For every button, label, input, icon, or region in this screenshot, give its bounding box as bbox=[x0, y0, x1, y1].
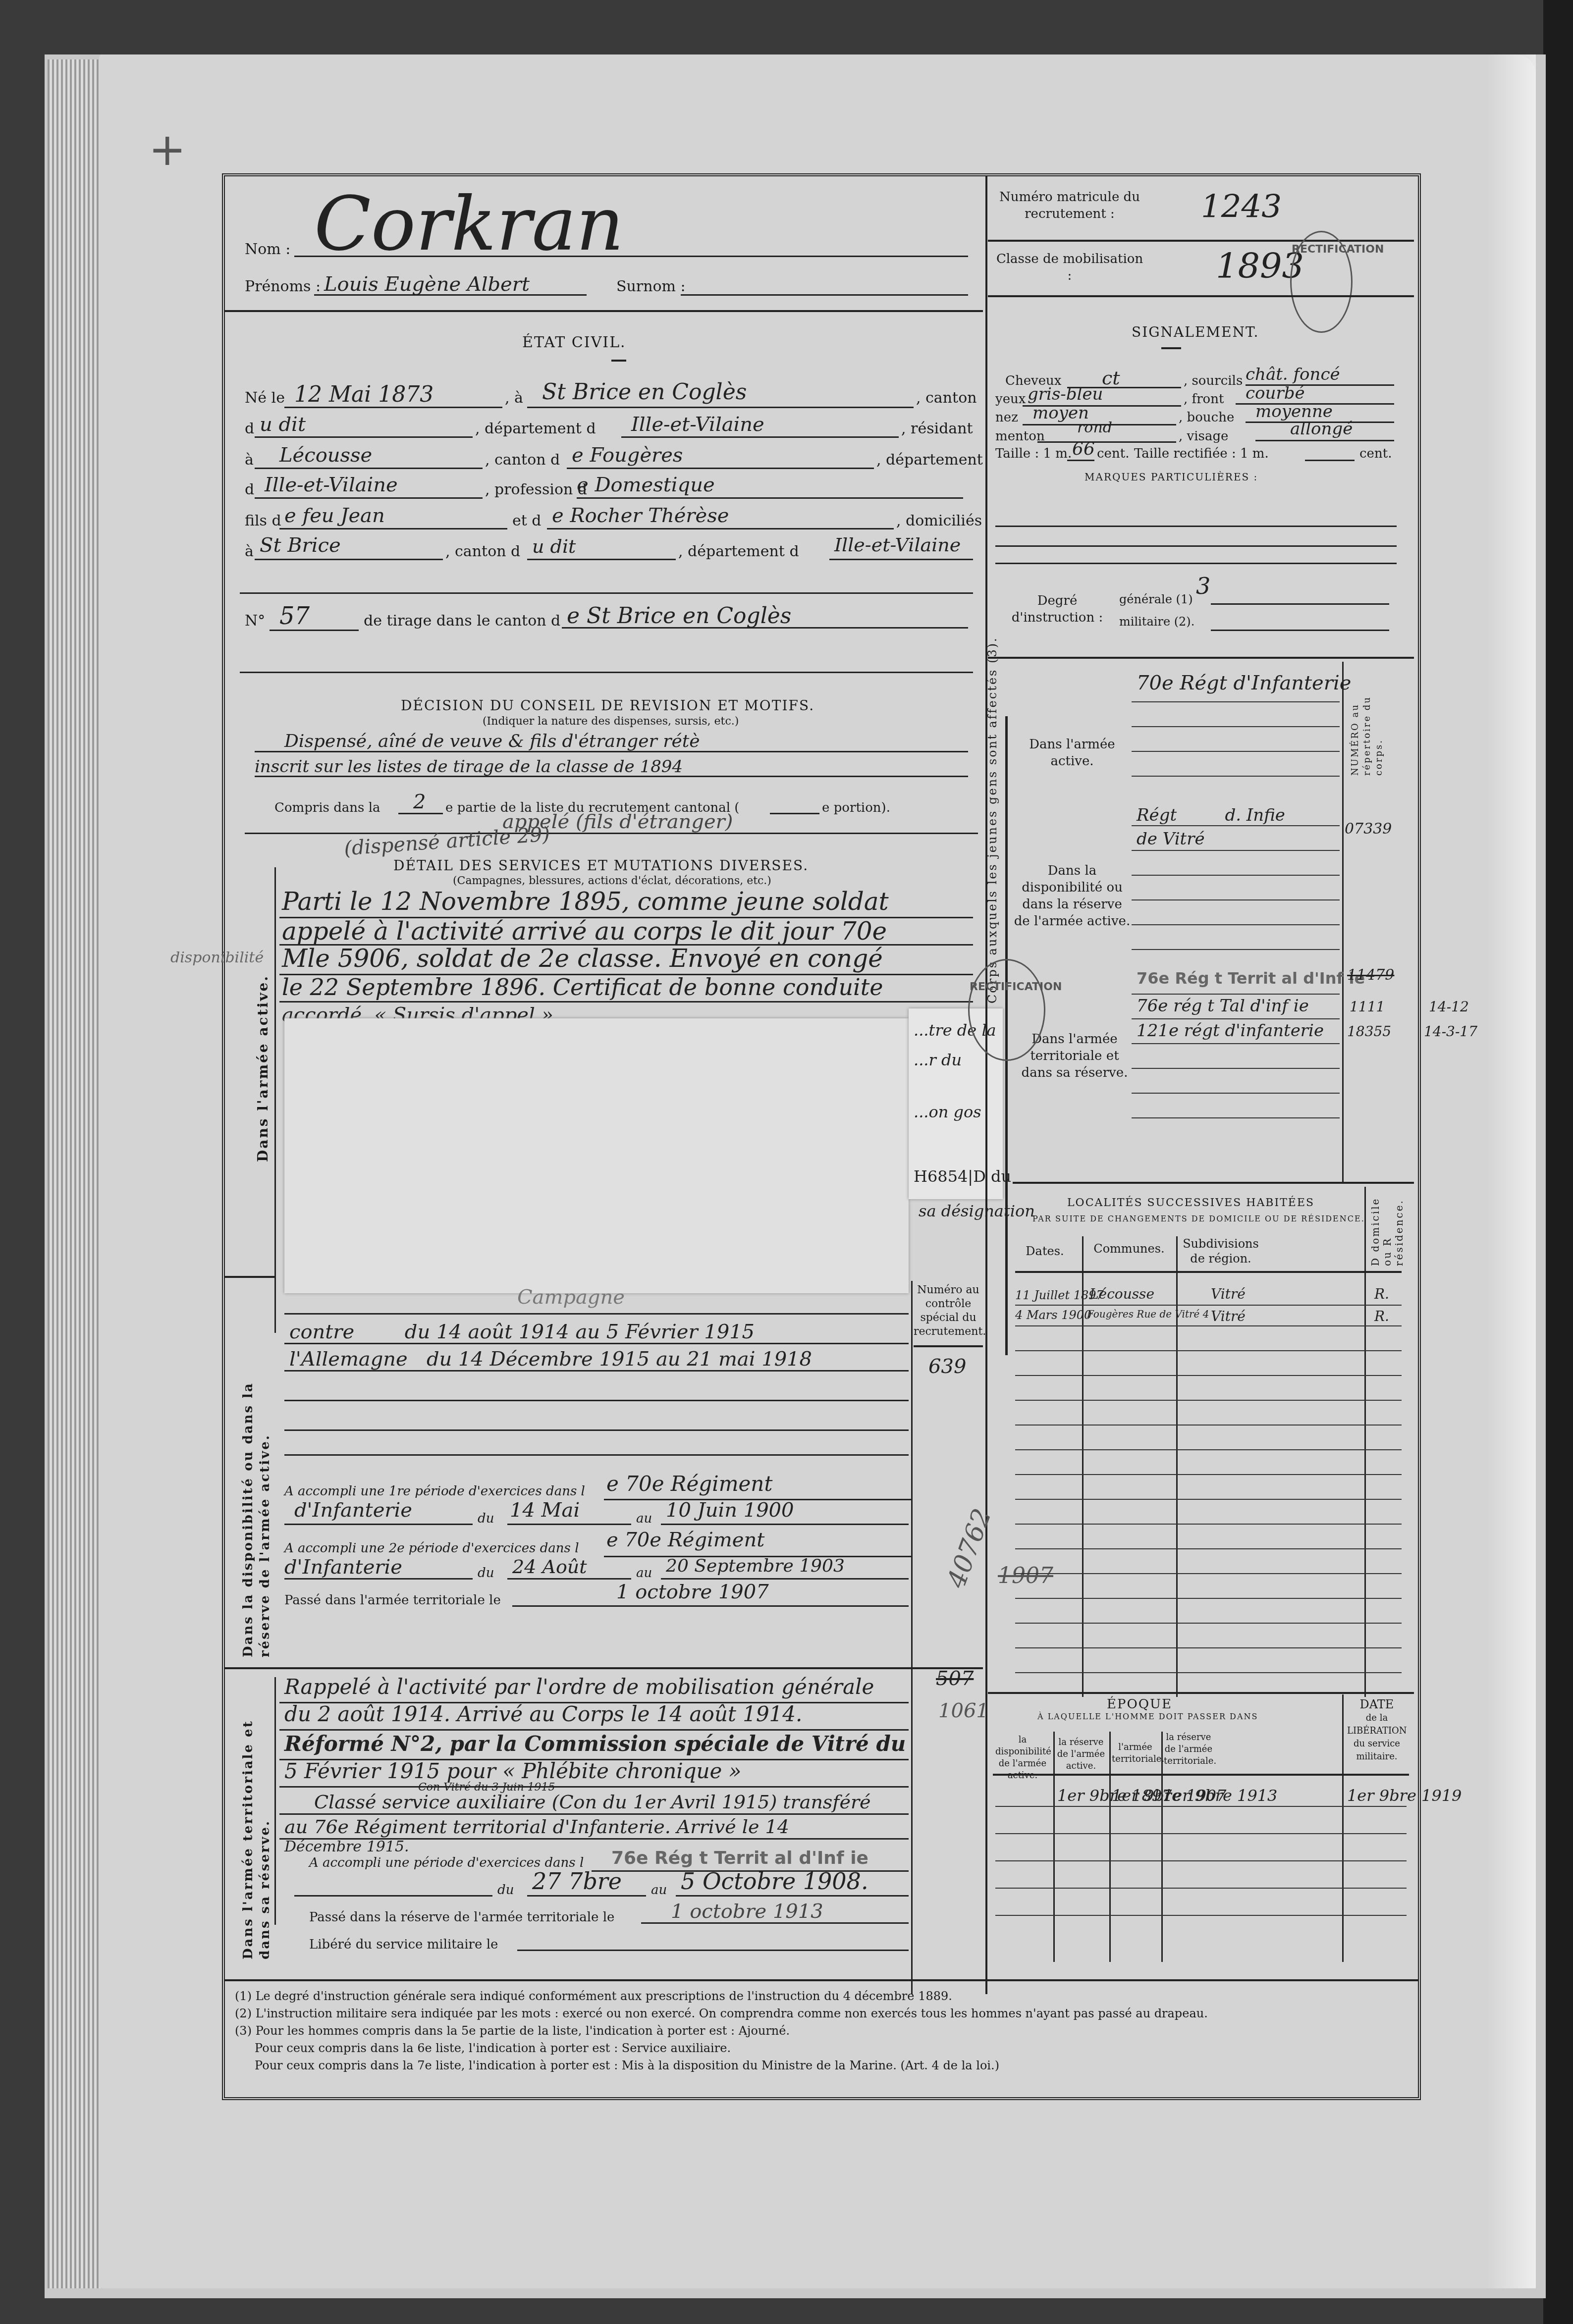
periode2-du: 24 Août bbox=[512, 1556, 587, 1578]
cent2-label: cent. bbox=[1359, 446, 1392, 461]
terr-line-1: Rappelé à l'activité par l'ordre de mobi… bbox=[284, 1675, 874, 1699]
instruction-generale-label: générale (1) bbox=[1119, 592, 1193, 606]
domicilies-label: , domiciliés bbox=[896, 512, 982, 529]
controle-crossed: 1907 bbox=[998, 1563, 1053, 1588]
classe-label: Classe de mobilisation : bbox=[995, 251, 1144, 284]
date-liberation-sub: de la LIBÉRATION du service militaire. bbox=[1347, 1712, 1407, 1763]
sourcils-label: , sourcils bbox=[1184, 373, 1243, 388]
canton3-label: , canton d bbox=[445, 543, 520, 560]
au-label-3: au bbox=[651, 1883, 667, 1898]
bouche-value: moyenne bbox=[1255, 402, 1333, 422]
periode1-au: 10 Juin 1900 bbox=[666, 1499, 794, 1522]
controle-value-4: 1061 bbox=[938, 1699, 989, 1722]
terr-line-3: Réformé N°2, par la Commission spéciale … bbox=[284, 1732, 906, 1756]
localite-row2-type: R. bbox=[1374, 1308, 1389, 1324]
yeux-label: yeux bbox=[995, 392, 1026, 407]
affectation-terr-line-3-numero: 18355 bbox=[1347, 1023, 1391, 1040]
service-line-4: le 22 Septembre 1896. Certificat de bonn… bbox=[282, 974, 883, 1001]
footnote-5: Pour ceux compris dans la 7e liste, l'in… bbox=[255, 2059, 999, 2072]
periode2-label: A accompli une 2e période d'exercices da… bbox=[284, 1541, 579, 1556]
footnote-1: (1) Le degré d'instruction générale sera… bbox=[235, 1989, 952, 2003]
periode1-du: 14 Mai bbox=[510, 1499, 580, 1522]
side-label-territoriale: Dans l'armée territoriale et dans sa rés… bbox=[240, 1682, 273, 1959]
localite-row1-commune: Lécousse bbox=[1089, 1286, 1154, 1302]
campagne-label: Campagne bbox=[517, 1286, 625, 1309]
page-edges bbox=[48, 59, 102, 2288]
parents-departement: Ille-et-Vilaine bbox=[834, 534, 961, 556]
terr-periode-au: 5 Octobre 1908. bbox=[681, 1868, 868, 1895]
d2-label: d bbox=[245, 481, 254, 498]
canton2-label: , canton d bbox=[485, 451, 560, 469]
localite-row2-subdivision: Vitré bbox=[1211, 1308, 1246, 1324]
campagne-line-1: contre du 14 août 1914 au 5 Février 1915 bbox=[289, 1320, 755, 1343]
side-label-active: Dans l'armée active. bbox=[255, 975, 271, 1162]
surnom-label: Surnom : bbox=[616, 278, 686, 295]
localites-col-type: D domicile ou R résidence. bbox=[1369, 1182, 1405, 1266]
profession: e Domestique bbox=[577, 474, 715, 496]
periode1-corps2: d'Infanterie bbox=[294, 1499, 412, 1522]
partie-value: 2 bbox=[413, 791, 426, 813]
a-label: , à bbox=[505, 389, 523, 407]
birth-date: 12 Mai 1873 bbox=[294, 382, 434, 407]
d-label: d bbox=[245, 420, 254, 437]
compris-label: Compris dans la bbox=[274, 800, 380, 815]
departement2-label: , département bbox=[876, 451, 983, 469]
au-label-1: au bbox=[636, 1511, 652, 1526]
terr-line-6: au 76e Régiment territorial d'Infanterie… bbox=[284, 1816, 789, 1838]
localite-row1-type: R. bbox=[1374, 1286, 1389, 1302]
service-line-1: Parti le 12 Novembre 1895, comme jeune s… bbox=[282, 887, 889, 916]
marques-label: MARQUES PARTICULIÈRES : bbox=[1085, 471, 1258, 483]
campagne-line-2: l'Allemagne du 14 Décembre 1915 au 21 ma… bbox=[289, 1348, 812, 1371]
fils-label: fils d bbox=[245, 512, 281, 529]
below-patch-text: sa désignation bbox=[919, 1202, 1035, 1220]
passe-territoriale-label: Passé dans l'armée territoriale le bbox=[284, 1593, 501, 1608]
localites-subtitle: PAR SUITE DE CHANGEMENTS DE DOMICILE OU … bbox=[1032, 1214, 1365, 1223]
affectation-terr-line-2: 76e rég t Tal d'inf ie bbox=[1137, 996, 1309, 1016]
numero-repertoire-label: NUMÉRO au répertoire du corps. bbox=[1350, 662, 1385, 776]
ne-le-label: Né le bbox=[245, 389, 285, 407]
tirage-label: de tirage dans le canton d bbox=[364, 612, 560, 630]
slip-text-2: ...r du bbox=[914, 1051, 962, 1069]
parents-domicile: St Brice bbox=[260, 534, 341, 557]
taille-value: 66 bbox=[1072, 439, 1095, 459]
affectation-dispo-line-1: Régt d. Infie bbox=[1137, 805, 1285, 825]
localites-title: LOCALITÉS SUCCESSIVES HABITÉES bbox=[1067, 1197, 1314, 1209]
decision-line-1: Dispensé, aîné de veuve & fils d'étrange… bbox=[284, 731, 700, 751]
periode1-label: A accompli une 1re période d'exercices d… bbox=[284, 1484, 585, 1499]
epoque-col-reserve-active: la réserve de l'armée active. bbox=[1056, 1737, 1106, 1772]
epoque-col-territoriale: l'armée territoriale. bbox=[1112, 1742, 1159, 1765]
affectation-terr-numero-crossed: 11479 bbox=[1347, 966, 1394, 984]
taille-label: Taille : 1 m. bbox=[995, 446, 1072, 461]
localites-col-dates: Dates. bbox=[1013, 1244, 1077, 1259]
affectation-dispo-line-2: de Vitré bbox=[1137, 829, 1205, 849]
affectation-terr-line-3: 121e régt d'infanterie bbox=[1137, 1021, 1324, 1041]
localite-row2-date: 4 Mars 1900 bbox=[1015, 1308, 1091, 1322]
affectations-side-label: Corps auxquels les jeunes gens sont affe… bbox=[985, 636, 999, 1004]
epoque-reserve-territoriale-value: 1er 9bre 1913 bbox=[1163, 1786, 1277, 1805]
affectation-dispo-numero: 07339 bbox=[1345, 820, 1392, 838]
margin-note: disponibilité bbox=[170, 949, 264, 966]
bouche-label: , bouche bbox=[1179, 410, 1234, 425]
decision-title: DÉCISION DU CONSEIL DE REVISION ET MOTIF… bbox=[401, 697, 814, 714]
departement-label: , département d bbox=[475, 420, 596, 437]
epoque-col-reserve-territoriale: la réserve de l'armée territoriale. bbox=[1164, 1732, 1213, 1767]
pasted-paper-patch bbox=[284, 1018, 909, 1293]
rectification-stamp-top: RECTIFICATION bbox=[1290, 231, 1353, 333]
affectation-dispo-label: Dans la disponibilité ou dans la réserve… bbox=[1013, 862, 1132, 930]
du-label-1: du bbox=[478, 1511, 494, 1526]
residant-label: , résidant bbox=[901, 420, 973, 437]
passe-territoriale-date: 1 octobre 1907 bbox=[616, 1581, 769, 1603]
du-label-2: du bbox=[478, 1566, 494, 1581]
pencil-mark: + bbox=[149, 124, 186, 176]
etat-civil-title: ÉTAT CIVIL. bbox=[522, 334, 626, 351]
date-liberation-title: DATE bbox=[1347, 1697, 1407, 1712]
periode2-corps2: d'Infanterie bbox=[284, 1556, 402, 1579]
services-title: DÉTAIL DES SERVICES ET MUTATIONS DIVERSE… bbox=[393, 857, 809, 874]
libere-label: Libéré du service militaire le bbox=[309, 1937, 498, 1952]
localite-row2-commune: Fougères Rue de Vitré 4 bbox=[1087, 1308, 1209, 1320]
periode2-au: 20 Septembre 1903 bbox=[666, 1556, 845, 1576]
slip-text-4: H6854|D du bbox=[914, 1167, 1011, 1186]
no-tirage: 57 bbox=[279, 602, 310, 630]
terr-line-2: du 2 août 1914. Arrivé au Corps le 14 ao… bbox=[284, 1702, 802, 1726]
taille-rectifiee-label: Taille rectifiée : 1 m. bbox=[1134, 446, 1269, 461]
instruction-militaire-label: militaire (2). bbox=[1119, 615, 1194, 629]
epoque-title: ÉPOQUE bbox=[1107, 1697, 1172, 1712]
reserve-territoriale-date: 1 octobre 1913 bbox=[671, 1900, 823, 1923]
terr-line-5: Classé service auxiliaire (Con du 1er Av… bbox=[314, 1791, 871, 1813]
cheveux-value: ct bbox=[1102, 367, 1120, 389]
du-label-3: du bbox=[497, 1883, 514, 1898]
side-label-dispo: Dans la disponibilité ou dans la réserve… bbox=[240, 1380, 273, 1657]
controle-value-1: 639 bbox=[928, 1355, 966, 1378]
nez-label: nez bbox=[995, 410, 1018, 425]
residence-canton: e Fougères bbox=[572, 444, 683, 467]
birth-departement: Ille-et-Vilaine bbox=[631, 413, 764, 436]
parents-canton: u dit bbox=[532, 535, 576, 557]
father-name: e feu Jean bbox=[284, 504, 385, 527]
periode1-corps: e 70e Régiment bbox=[606, 1472, 772, 1496]
instruction-generale-value: 3 bbox=[1196, 573, 1210, 599]
footnote-3: (3) Pour les hommes compris dans la 5e p… bbox=[235, 2024, 790, 2038]
departement3-label: , département d bbox=[678, 543, 799, 560]
front-value: courbé bbox=[1246, 383, 1305, 403]
footnote-4: Pour ceux compris dans la 6e liste, l'in… bbox=[255, 2041, 731, 2055]
a2-label: à bbox=[245, 451, 254, 469]
terr-periode-corps: 76e Rég t Territ al d'Inf ie bbox=[611, 1848, 868, 1868]
terr-line-4: 5 Février 1915 pour « Phlébite chronique… bbox=[284, 1759, 741, 1783]
prenoms-value: Louis Eugène Albert bbox=[324, 273, 530, 296]
controle-value-3: 507 bbox=[936, 1667, 974, 1690]
epoque-subtitle: À LAQUELLE L'HOMME DOIT PASSER DANS bbox=[1037, 1712, 1258, 1721]
visage-label: , visage bbox=[1179, 429, 1228, 444]
terr-periode-du: 27 7bre bbox=[532, 1868, 622, 1895]
sourcils-value: chât. foncé bbox=[1246, 365, 1340, 384]
matricule-value: 1243 bbox=[1201, 189, 1282, 225]
periode2-corps: e 70e Régiment bbox=[606, 1529, 764, 1551]
mother-name: e Rocher Thérèse bbox=[552, 504, 729, 527]
affectation-terr-line-2-numero: 1111 bbox=[1350, 999, 1385, 1015]
reserve-territoriale-label: Passé dans la réserve de l'armée territo… bbox=[309, 1910, 614, 1925]
affectation-active-value: 70e Régt d'Infanterie bbox=[1137, 672, 1351, 694]
affectation-terr-stamp: 76e Rég t Territ al d'Inf ie bbox=[1137, 969, 1365, 988]
birth-place: St Brice en Coglès bbox=[542, 379, 747, 405]
et-de-label: et d bbox=[512, 512, 542, 529]
canton-label: , canton bbox=[916, 389, 977, 407]
yeux-value: gris-bleu bbox=[1028, 384, 1103, 404]
rectification-stamp-middle: RECTIFICATION bbox=[968, 959, 1045, 1061]
portion-label: e portion). bbox=[822, 800, 890, 815]
signalement-title: SIGNALEMENT. bbox=[1132, 324, 1259, 340]
localites-col-subdivisions: Subdivisions de région. bbox=[1181, 1236, 1260, 1266]
localites-col-communes: Communes. bbox=[1087, 1241, 1171, 1256]
a3-label: à bbox=[245, 543, 254, 560]
residence: Lécousse bbox=[279, 444, 372, 467]
liberation-value: 1er 9bre 1919 bbox=[1347, 1786, 1462, 1805]
nom-value: Corkran bbox=[314, 181, 624, 267]
services-subtitle: (Campagnes, blessures, actions d'éclat, … bbox=[453, 875, 771, 887]
profession-label: , profession d bbox=[485, 481, 587, 498]
decision-subtitle: (Indiquer la nature des dispenses, sursi… bbox=[483, 715, 739, 728]
decision-line-2: inscrit sur les listes de tirage de la c… bbox=[255, 757, 683, 777]
affectation-terr-line-3-date: 14-3-17 bbox=[1424, 1023, 1477, 1040]
au-label-2: au bbox=[636, 1566, 652, 1581]
instruction-label: Degré d'instruction : bbox=[1008, 592, 1107, 626]
cent-label: cent. bbox=[1097, 446, 1129, 461]
terr-line-7: Décembre 1915. bbox=[284, 1838, 409, 1855]
service-line-3: Mle 5906, soldat de 2e classe. Envoyé en… bbox=[282, 944, 883, 973]
front-label: , front bbox=[1184, 392, 1224, 407]
footnote-2: (2) L'instruction militaire sera indiqué… bbox=[235, 2007, 1208, 2020]
no-tirage-label: N° bbox=[245, 612, 265, 630]
birth-canton: u dit bbox=[260, 413, 306, 436]
matricule-form: Nom : Corkran Prénoms : Louis Eugène Alb… bbox=[222, 173, 1421, 2100]
slip-text-3: ...on gos bbox=[914, 1103, 981, 1121]
annotation-dispense: (dispensé article 29) bbox=[343, 823, 551, 860]
matricule-label: Numéro matricule du recrutement : bbox=[995, 189, 1144, 222]
affectation-terr-line-2-date: 14-12 bbox=[1429, 999, 1469, 1015]
controle-value-2: 40762 bbox=[941, 1505, 997, 1592]
affectation-active-label: Dans l'armée active. bbox=[1018, 736, 1127, 770]
controle-header: Numéro au contrôle spécial du recrutemen… bbox=[914, 1283, 983, 1339]
tirage-canton: e St Brice en Coglès bbox=[567, 603, 791, 629]
nom-label: Nom : bbox=[245, 241, 290, 258]
menton-value: rond bbox=[1077, 419, 1112, 436]
prenoms-label: Prénoms : bbox=[245, 278, 321, 295]
localite-row1-subdivision: Vitré bbox=[1211, 1286, 1246, 1302]
residence-departement: Ille-et-Vilaine bbox=[265, 474, 398, 496]
scan-background bbox=[1543, 0, 1573, 2324]
service-line-2: appelé à l'activité arrivé au corps le d… bbox=[282, 917, 887, 946]
visage-value: allongé bbox=[1290, 419, 1353, 439]
